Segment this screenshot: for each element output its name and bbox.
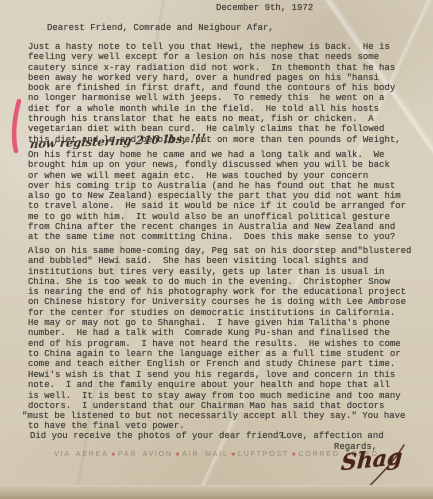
letter-line: "must be listened to but not necessarily… bbox=[22, 411, 405, 421]
airmail-star-icon: ★ bbox=[229, 452, 238, 458]
letter-paragraph-3: Also on his same home-coming day, Peg sa… bbox=[28, 246, 411, 370]
letter-paragraph-4: Hewi's wish is that I send you his regar… bbox=[28, 370, 405, 432]
footer-word: PAR AVION bbox=[118, 451, 173, 458]
red-margin-mark bbox=[11, 99, 21, 153]
letter-line: institutions but tires very easily, gets… bbox=[28, 267, 411, 277]
airmail-star-icon: ★ bbox=[109, 452, 118, 458]
letter-line: Just a hasty note to tell you that Hewi,… bbox=[28, 42, 401, 52]
footer-word: VIA AEREA bbox=[54, 451, 108, 458]
closing-line-1: Love, affection and bbox=[281, 431, 384, 441]
letter-line: cautery since x-ray radiation did not wo… bbox=[28, 63, 401, 73]
letter-paragraph-1: Just a hasty note to tell you that Hewi,… bbox=[28, 42, 401, 145]
letter-line: come and teach either English or French … bbox=[28, 359, 411, 369]
letter-line: also go to New Zealand) especially the p… bbox=[28, 191, 406, 201]
letter-line: vegetarian diet with bean curd. He calml… bbox=[28, 124, 401, 134]
letter-line: on Chinese history for University course… bbox=[28, 297, 411, 307]
letter-line: me to go with him. It would also be an u… bbox=[28, 212, 406, 222]
letter-salutation: Dearest Friend, Comrade and Neigbour Afa… bbox=[47, 23, 274, 33]
letter-line: is well. It is best to stay away from to… bbox=[28, 391, 405, 401]
letter-line: and bubbled" Hewi said. She has been vis… bbox=[28, 256, 411, 266]
handwritten-signature: Shag bbox=[340, 444, 403, 477]
letter-line: Also on his same home-coming day, Peg sa… bbox=[28, 246, 411, 256]
letter-line: end of his program. I have not heard the… bbox=[28, 339, 411, 349]
footer-word: AIR MAIL bbox=[182, 451, 228, 458]
paper-bottom-edge bbox=[0, 485, 433, 499]
letter-line: On his first day home he came and we had… bbox=[28, 150, 406, 160]
letter-line: over his coming trip to Australia (and h… bbox=[28, 181, 406, 191]
letter-line: been away he worked very hard, over a hu… bbox=[28, 73, 401, 83]
letter-line: diet for a whole month while in the fiel… bbox=[28, 104, 401, 114]
airmail-star-icon: ★ bbox=[173, 452, 182, 458]
closing-question: Did you receive the photos of your dear … bbox=[30, 431, 284, 441]
letter-line: from China after the recent changes in A… bbox=[28, 222, 406, 232]
letter-line: is nearing the end of his photography wo… bbox=[28, 287, 411, 297]
letter-line: feeling very well except for a lesion on… bbox=[28, 52, 401, 62]
letter-line: no longer harmonise well with jeeps. To … bbox=[28, 93, 401, 103]
letter-line: to travel alone. He said it would be nic… bbox=[28, 201, 406, 211]
letter-page: December 9th, 1972 Dearest Friend, Comra… bbox=[0, 0, 433, 499]
letter-date: December 9th, 1972 bbox=[216, 3, 313, 13]
letter-line: to China again to learn the language eit… bbox=[28, 349, 411, 359]
letter-line: number. He had a talk with Comrade Kung … bbox=[28, 328, 411, 338]
letter-paragraph-2: On his first day home he came and we had… bbox=[28, 150, 406, 243]
letter-line: for the center for studies on democratic… bbox=[28, 308, 411, 318]
letter-line: China. She is too weak to do much in the… bbox=[28, 277, 411, 287]
letter-line: or when we will meet again etc. He was t… bbox=[28, 171, 406, 181]
airmail-star-icon: ★ bbox=[289, 452, 298, 458]
letter-line: doctors. I understand that our Chairman … bbox=[28, 401, 405, 411]
letter-line: He may or may not go to Shanghai. I have… bbox=[28, 318, 411, 328]
letter-line: through his translator that he eats no m… bbox=[28, 114, 401, 124]
footer-word: LUFTPOST bbox=[238, 451, 289, 458]
letter-line: brought him up on your news, fondly disc… bbox=[28, 160, 406, 170]
letter-line: note. I and the family enquire about you… bbox=[28, 380, 405, 390]
letter-line: Hewi's wish is that I send you his regar… bbox=[28, 370, 405, 380]
letter-line: at the same time not committing China. D… bbox=[28, 232, 406, 242]
letter-line: book are finished in first draft, and fo… bbox=[28, 83, 401, 93]
